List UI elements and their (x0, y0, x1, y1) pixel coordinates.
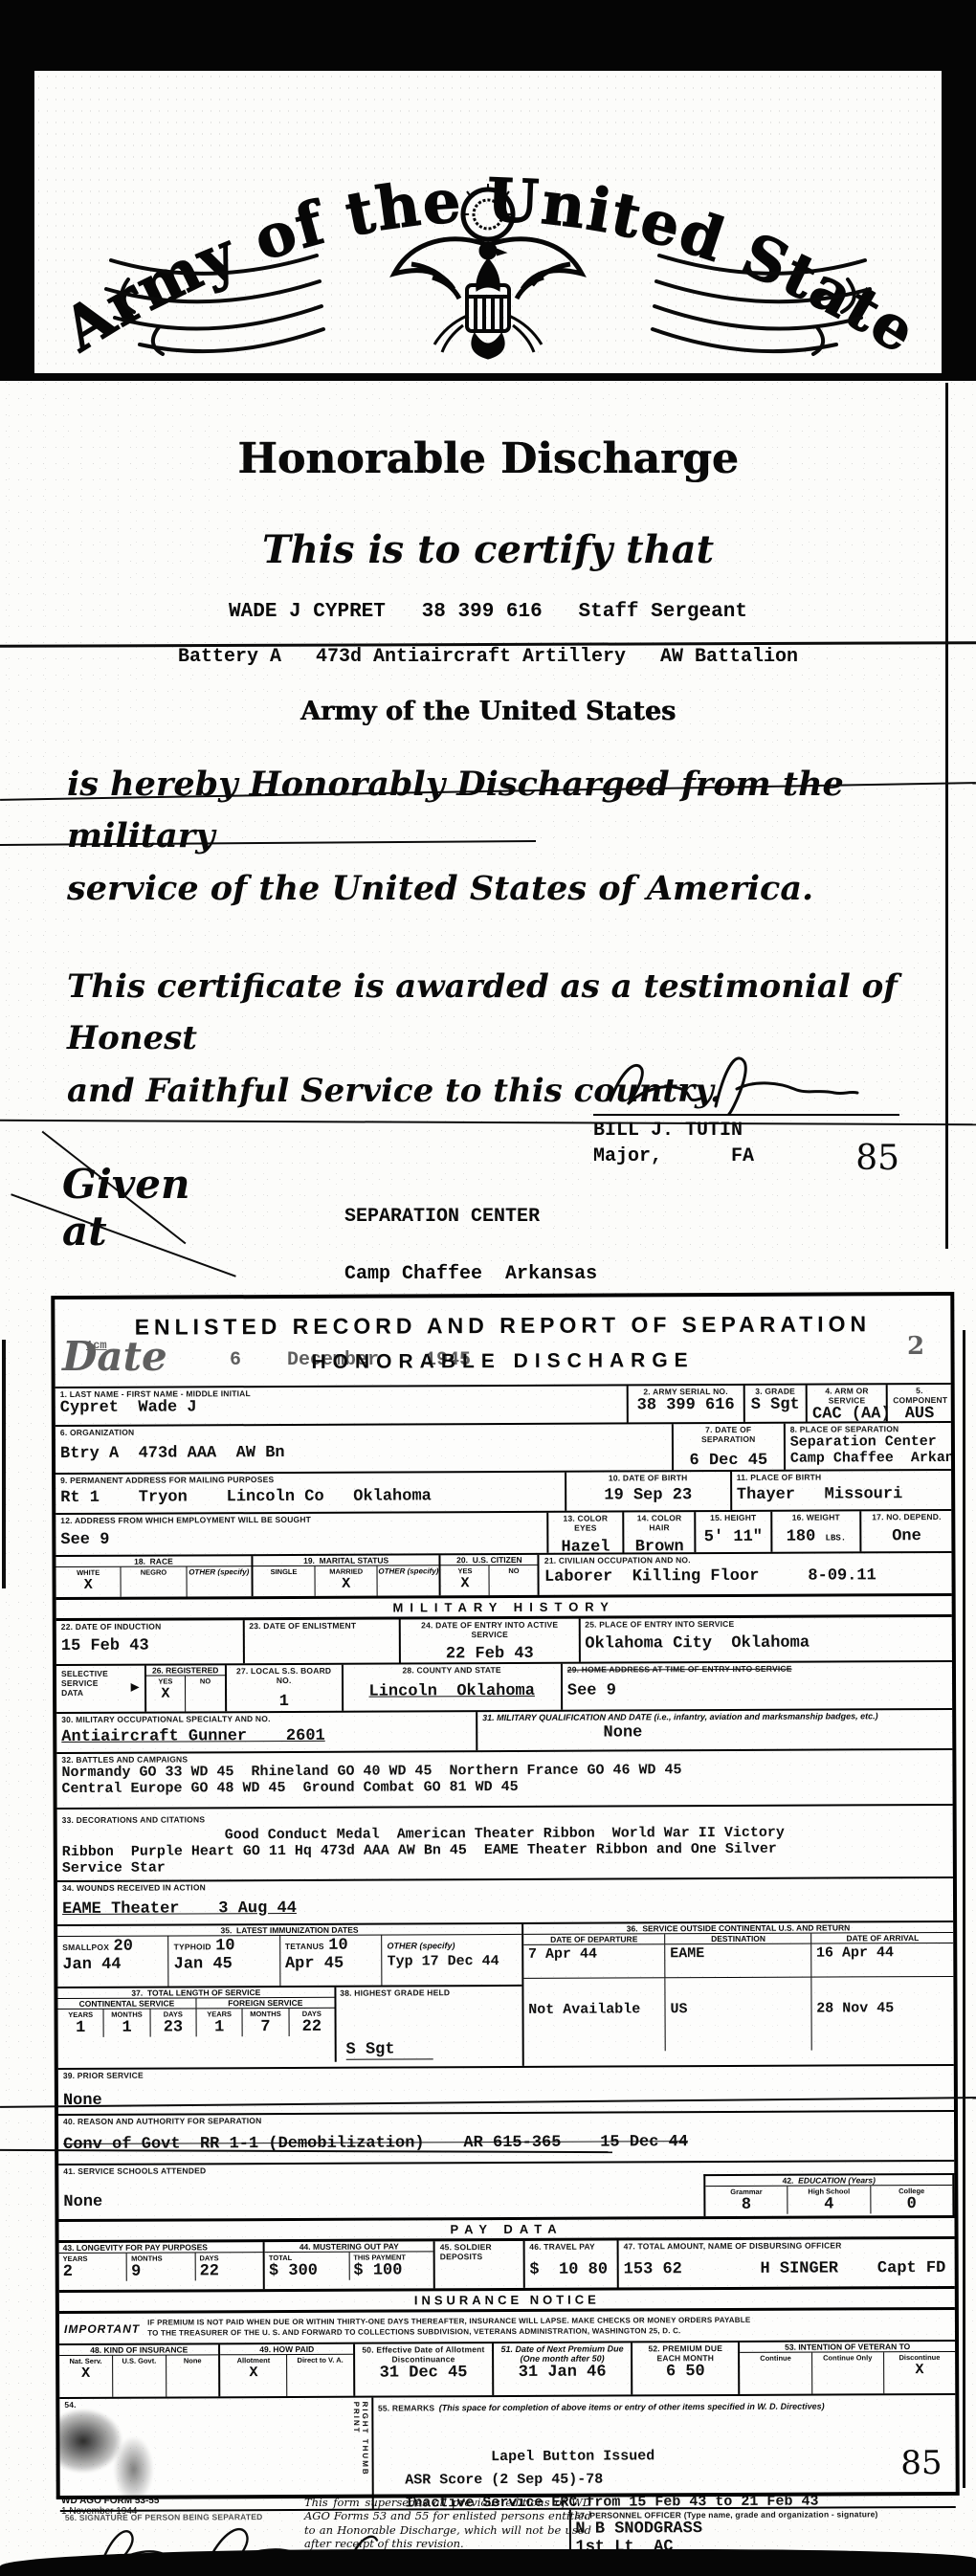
last-name-value: Cypret Wade J (60, 1396, 622, 1417)
travel-pay-value: $ 10 80 (529, 2261, 611, 2279)
qualification-value: None (603, 1722, 947, 1743)
board-no-value: 1 (232, 1693, 337, 1711)
date-separation-value: 6 Dec 45 (678, 1452, 779, 1470)
separation-center-line: SEPARATION CENTER (344, 1206, 540, 1228)
signature-rule (593, 1114, 899, 1116)
field-label: 27. LOCAL S.S. BOARD NO. (232, 1666, 337, 1685)
field-label: 8. PLACE OF SEPARATION (790, 1424, 946, 1434)
how-paid-header: 49. HOW PAID (221, 2344, 353, 2356)
citizen-header: 20. U.S. CITIZEN (441, 1555, 538, 1566)
scanned-discharge-document: Army of the United States (0, 0, 976, 2576)
thumbprint-smudge (59, 2398, 176, 2505)
important-word: IMPORTANT (64, 2321, 140, 2335)
discharge-statement: is hereby Honorably Discharged from the … (67, 759, 909, 915)
field-label: 38. HIGHEST GRADE HELD (336, 1987, 521, 1999)
kind-insurance-header: 48. KIND OF INSURANCE (59, 2344, 219, 2356)
scan-edge (2, 1340, 6, 1588)
service-outside-row: 7 Apr 44 EAME 16 Apr 44 (523, 1943, 953, 1979)
signature-script-icon (593, 1051, 880, 1114)
field-label: 51. Date of Next Premium Due(One month a… (499, 2343, 626, 2364)
field-label: 31. MILITARY QUALIFICATION AND DATE (i.e… (482, 1711, 947, 1722)
specialty-value: Antiaircraft Gunner 2601 (61, 1726, 471, 1746)
hair-value: Brown (630, 1538, 690, 1552)
field-label: 24. DATE OF ENTRY INTO ACTIVE SERVICE (406, 1620, 573, 1640)
field-label: 25. PLACE OF ENTRY INTO SERVICE (585, 1618, 946, 1630)
employment-address-value: See 9 (60, 1529, 542, 1549)
field-label: 6. ORGANIZATION (60, 1425, 667, 1437)
service-outside-row: Not Available US 28 Nov 45 (523, 1977, 954, 2052)
education-values: Grammar8 High School4 College0 (705, 2186, 952, 2214)
banner-frame: Army of the United States (0, 0, 976, 381)
entry-place-value: Oklahoma City Oklahoma (585, 1633, 947, 1654)
serial-no-value: 38 399 616 (633, 1396, 739, 1414)
separation-form: ENLISTED RECORD AND REPORT OF SEPARATION… (51, 1292, 959, 2499)
field-label: 29. HOME ADDRESS AT TIME OF ENTRY INTO S… (567, 1663, 947, 1675)
registered-header: 26. REGISTERED (146, 1665, 225, 1676)
eagle-seal-icon (383, 182, 593, 379)
highest-grade-value: S Sgt (345, 2040, 433, 2059)
form-number: WD AGO FORM 53-551 November 1944 (61, 2496, 159, 2517)
intention-options: Continue Continue Only DiscontinueX (740, 2352, 955, 2394)
scan-edge (945, 383, 948, 1249)
field-label: 45. SOLDIER DEPOSITS (440, 2242, 519, 2261)
field-label: 11. PLACE OF BIRTH (737, 1472, 946, 1482)
remarks-label: 55. REMARKS (This space for completion o… (378, 2396, 950, 2416)
field-label: 17. NO. DEPEND. (867, 1512, 947, 1521)
army-line: Army of the United States (0, 697, 976, 726)
home-address-value: See 9 (567, 1680, 947, 1700)
longevity-header: 43. LONGEVITY FOR PAY PURPOSES (59, 2242, 263, 2254)
flourish-right-icon (650, 222, 875, 366)
flourish-left-icon (101, 222, 326, 366)
eyes-value: Hazel (553, 1538, 618, 1552)
discharge-certificate: Honorable Discharge This is to certify t… (0, 381, 976, 1290)
field-label: 4. ARM OR SERVICE (812, 1386, 881, 1405)
component-value: AUS (893, 1405, 946, 1421)
x-mark: X (59, 2365, 112, 2382)
field-label: 5. COMPONENT (893, 1386, 946, 1405)
how-paid-options: AllotmentX Direct to V. A. (221, 2355, 354, 2397)
field-label: 23. DATE OF ENLISTMENT (249, 1621, 394, 1632)
organization-value: Btry A 473d AAA AW Bn (60, 1442, 667, 1463)
x-mark: X (441, 1575, 489, 1591)
field-label: 47. TOTAL AMOUNT, NAME OF DISBURSING OFF… (624, 2240, 950, 2251)
camp-line: Camp Chaffee Arkansas (344, 1263, 597, 1285)
field-label: 3. GRADE (749, 1387, 801, 1396)
place-separation-value: Separation CenterCamp Chaffee Arkansas (790, 1433, 946, 1467)
total-amount-value: 153 62 H SINGER Capt FD (624, 2259, 950, 2278)
scan-bottom-edge (0, 2549, 976, 2576)
banner-field: Army of the United States (34, 71, 942, 373)
x-mark: X (884, 2362, 955, 2378)
field-label: 46. TRAVEL PAY (529, 2242, 611, 2252)
race-options: WHITEX NEGRO OTHER (specify) (55, 1566, 251, 1597)
length-service-values: YEARS1 MONTHS1 DAYS23 YEARS1 MONTHS7 DAY… (58, 2009, 335, 2037)
height-value: 5' 11" (701, 1528, 766, 1546)
certificate-page-number: 85 (855, 1139, 899, 1178)
race-header: 18. RACE (55, 1556, 251, 1567)
form-title: ENLISTED RECORD AND REPORT OF SEPARATION (55, 1311, 950, 1341)
dependents-value: One (867, 1527, 947, 1545)
certificate-heading: Honorable Discharge (0, 434, 976, 483)
longevity-values: YEARS2 MONTHS9 DAYS22 (59, 2253, 263, 2281)
grade-value: S Sgt (749, 1396, 801, 1414)
field-label: 14. COLOR HAIR (630, 1513, 690, 1532)
x-mark: X (221, 2365, 287, 2381)
induction-date-value: 15 Feb 43 (61, 1636, 238, 1655)
field-label: 40. REASON AND AUTHORITY FOR SEPARATION (63, 2113, 949, 2126)
form-page-number: 85 (900, 2444, 942, 2482)
registered-options: YESX NO (146, 1676, 225, 1711)
enlistment-date-value (249, 1636, 394, 1637)
field-label: 21. CIVILIAN OCCUPATION AND NO. (544, 1554, 947, 1566)
unit-line: Battery A 473d Antiaircraft Artillery AW… (0, 646, 976, 668)
field-label: 39. PRIOR SERVICE (63, 2067, 949, 2080)
x-mark: X (146, 1685, 186, 1701)
field-label: 12. ADDRESS FROM WHICH EMPLOYMENT WILL B… (60, 1514, 542, 1525)
marital-header: 19. MARITAL STATUS (253, 1555, 439, 1566)
field-label: 33. DECORATIONS AND CITATIONS (62, 1814, 206, 1825)
service-schools-value: None (63, 2190, 699, 2211)
arm-service-value: CAC (AA) (812, 1405, 881, 1421)
field-label: 28. COUNTY AND STATE (347, 1665, 555, 1676)
certify-line: This is to certify that (0, 527, 976, 572)
field-label: 30. MILITARY OCCUPATIONAL SPECIALTY AND … (61, 1713, 471, 1724)
mailing-address-value: Rt 1 Tryon Lincoln Co Oklahoma (60, 1487, 560, 1507)
arrow-right-icon: ► (128, 1679, 143, 1696)
citizen-options: YESX NO (441, 1566, 538, 1595)
other-immunization-value: Typ 17 Dec 44 (388, 1953, 517, 1970)
field-label: 16. WEIGHT (777, 1512, 855, 1521)
occupation-value: Laborer Killing Floor 8-09.11 (544, 1566, 947, 1587)
supersede-note: This form supersedes all previous editio… (304, 2496, 591, 2551)
thumb-print-label: RIGHT THUMB PRINT (352, 2402, 369, 2509)
scan-edge (963, 1330, 965, 2488)
weight-value: 180 LBS. (777, 1527, 855, 1545)
field-label: 2. ARMY SERIAL NO. (633, 1387, 739, 1396)
birth-place-value: Thayer Missouri (737, 1485, 946, 1504)
soldier-name-line: WADE J CYPRET 38 399 616 Staff Sergeant (0, 601, 976, 623)
decorations-value: Good Conduct Medal American Theater Ribb… (62, 1824, 948, 1876)
x-mark: X (56, 1577, 121, 1593)
field-label: 41. SERVICE SCHOOLS ATTENDED (63, 2164, 699, 2176)
field-label: 50. Effective Date of Allotment Disconti… (360, 2344, 487, 2365)
field-label: 22. DATE OF INDUCTION (61, 1621, 238, 1632)
next-premium-value: 31 Jan 46 (499, 2363, 626, 2382)
active-service-date-value: 22 Feb 43 (406, 1645, 573, 1663)
premium-value: 6 50 (637, 2363, 733, 2381)
field-label: 9. PERMANENT ADDRESS FOR MAILING PURPOSE… (60, 1474, 560, 1485)
mustering-header: 44. MUSTERING OUT PAY (265, 2241, 433, 2253)
allotment-date-value: 31 Dec 45 (360, 2364, 487, 2383)
wounds-value: EAME Theater 3 Aug 44 (62, 1897, 948, 1919)
given-at-label: Given at (62, 1161, 230, 1255)
kind-insurance-options: Nat. Serv.X U.S. Govt. None (59, 2355, 219, 2397)
county-state-value: Lincoln Oklahoma (348, 1682, 556, 1701)
statement-line-2: service of the United States of America. (67, 869, 813, 908)
birth-date-value: 19 Sep 23 (571, 1486, 725, 1505)
x-mark: X (316, 1576, 377, 1592)
important-text: IF PREMIUM IS NOT PAID WHEN DUE OR WITHI… (147, 2316, 750, 2339)
mustering-values: TOTAL$ 300 THIS PAYMENT$ 100 (265, 2252, 433, 2280)
field-label: 7. DATE OF SEPARATION (678, 1425, 779, 1444)
marital-options: SINGLE MARRIEDX OTHER (specify) (253, 1566, 439, 1596)
field-label: 10. DATE OF BIRTH (571, 1473, 725, 1483)
testimonial-line-1: This certificate is awarded as a testimo… (67, 967, 898, 1057)
field-label: 13. COLOR EYES (553, 1513, 618, 1532)
battles-value: Normandy GO 33 WD 45 Rhineland GO 40 WD … (61, 1761, 947, 1797)
field-label: 15. HEIGHT (700, 1513, 765, 1522)
field-label: 52. PREMIUM DUE EACH MONTH (637, 2343, 733, 2363)
field-label: 34. WOUNDS RECEIVED IN ACTION (62, 1879, 948, 1893)
